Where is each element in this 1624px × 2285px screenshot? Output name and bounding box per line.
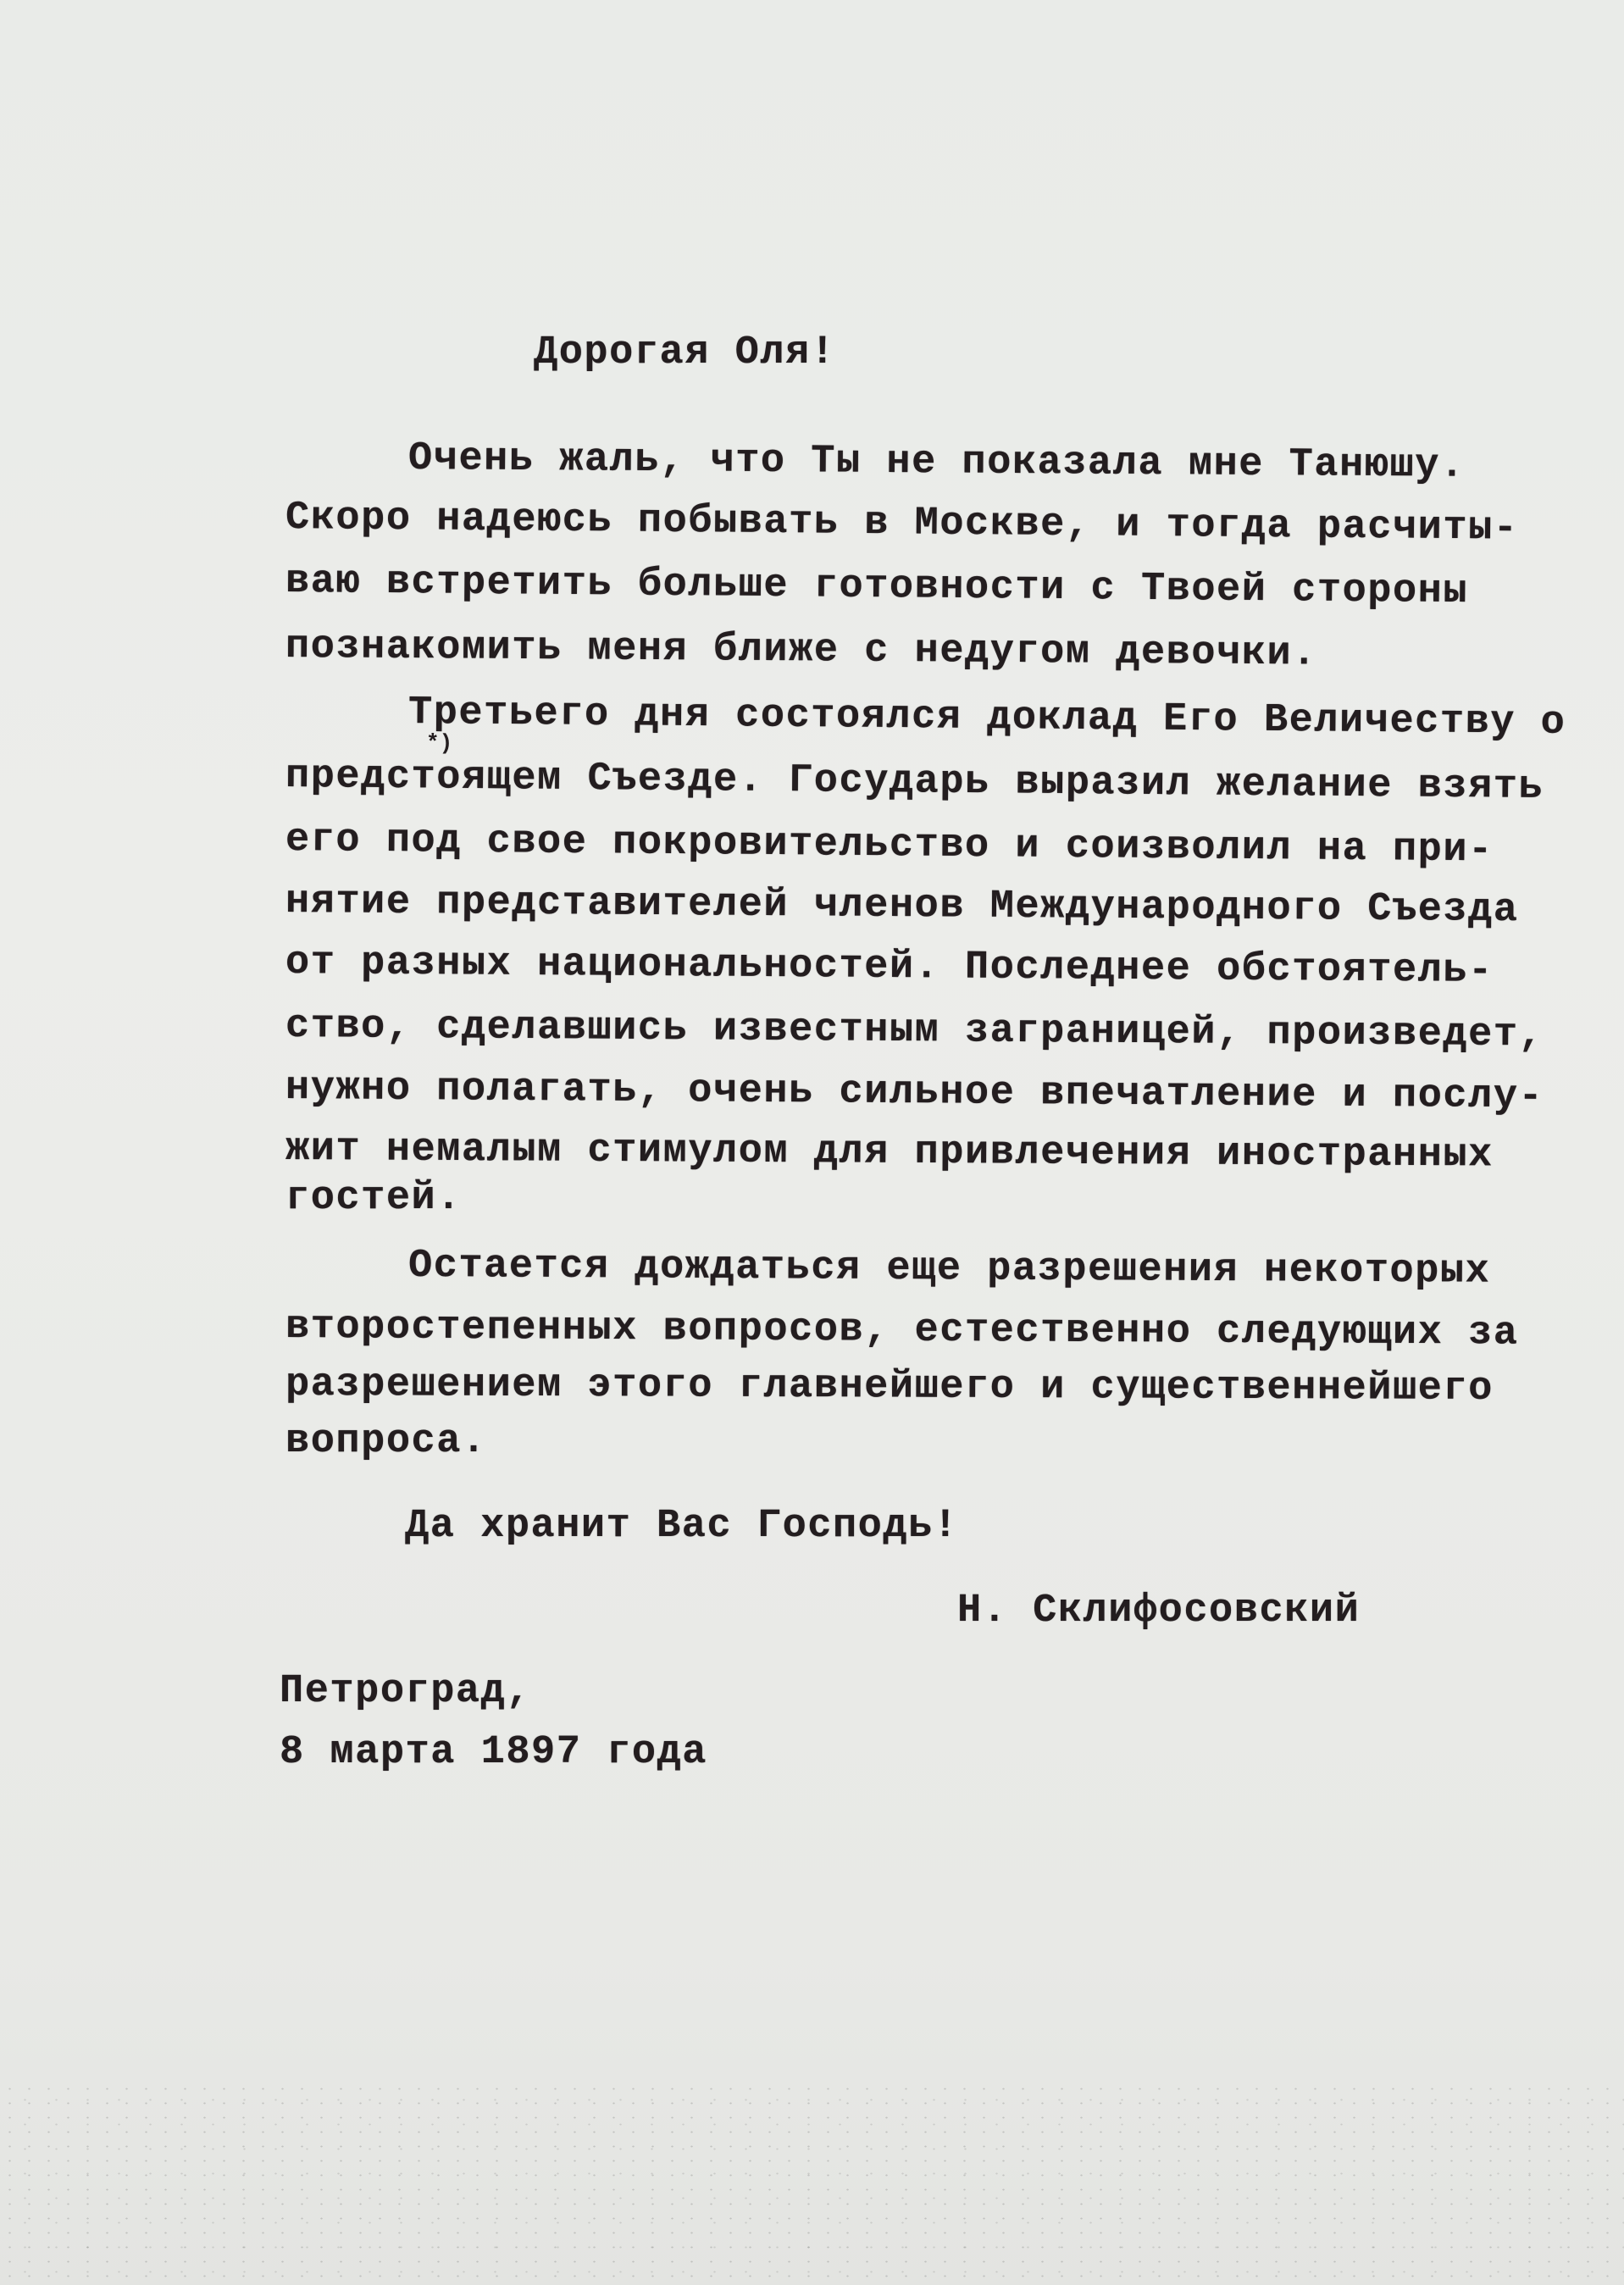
paragraph-2-line-8: жит немалым стимулом для привлечения ино… bbox=[285, 1127, 1494, 1178]
paper-texture bbox=[0, 2082, 1624, 2285]
paragraph-2-line-4: нятие представителей членов Международно… bbox=[285, 879, 1519, 933]
paragraph-2-line-7: нужно полагать, очень сильное впечатлени… bbox=[285, 1066, 1544, 1119]
letter-page: Дорогая Оля! Очень жаль, что Ты не показ… bbox=[0, 0, 1624, 2285]
paragraph-2-line-9: гостей. bbox=[285, 1176, 462, 1221]
paragraph-3-line-2: второстепенных вопросов, естественно сле… bbox=[285, 1305, 1519, 1356]
salutation: Дорогая Оля! bbox=[534, 330, 835, 375]
paragraph-1-line-4: познакомить меня ближе с недугом девочки… bbox=[285, 624, 1317, 677]
paragraph-1-line-1: Очень жаль, что Ты не показала мне Танюш… bbox=[408, 436, 1466, 489]
paragraph-3-line-4: вопроса. bbox=[285, 1419, 487, 1464]
paragraph-2-line-5: от разных национальностей. Последнее обс… bbox=[285, 940, 1494, 994]
paragraph-3-line-3: разрешением этого главнейшего и существе… bbox=[285, 1362, 1494, 1411]
date: 8 марта 1897 года bbox=[280, 1730, 707, 1775]
paragraph-2-line-3: его под свое покровительство и соизволил… bbox=[285, 818, 1494, 873]
closing: Да хранит Вас Господь! bbox=[405, 1504, 959, 1549]
paragraph-1-line-3: ваю встретить больше готовности с Твоей … bbox=[285, 559, 1469, 614]
paragraph-1-line-2: Скоро надеюсь побывать в Москве, и тогда… bbox=[285, 496, 1519, 552]
signature: Н. Склифосовский bbox=[957, 1589, 1360, 1633]
footnote-mark: *) bbox=[426, 730, 452, 756]
place: Петроград, bbox=[280, 1669, 531, 1714]
paragraph-2-line-6: ство, сделавшись известным заграницей, п… bbox=[285, 1004, 1544, 1057]
paragraph-3-line-1: Остается дождаться еще разрешения некото… bbox=[408, 1244, 1491, 1295]
paragraph-2-line-1: Третьего дня состоялся доклад Его Величе… bbox=[408, 690, 1566, 746]
paragraph-2-line-2: предстоящем Съезде. Государь выразил жел… bbox=[285, 754, 1544, 810]
